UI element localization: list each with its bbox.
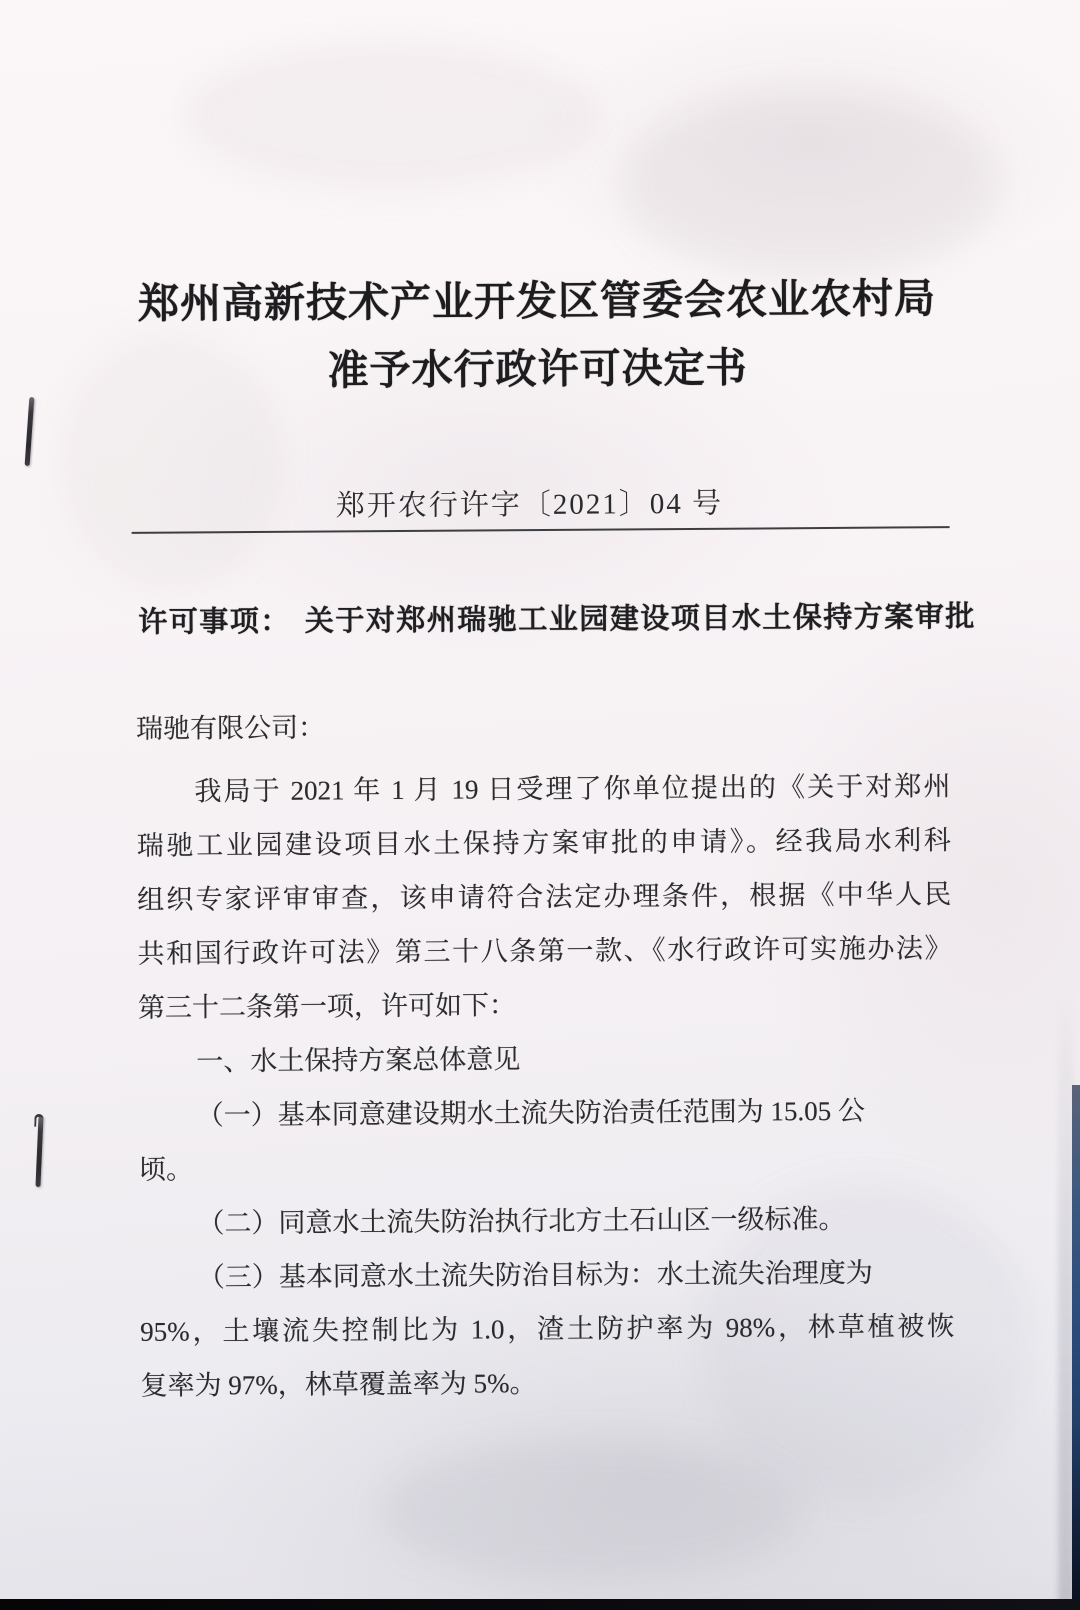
body-line: 复率为 97%，林草覆盖率为 5%。 <box>140 1353 954 1413</box>
document-title-line1: 郑州高新技术产业开发区管委会农业农村局 <box>0 264 1077 331</box>
permit-item-label: 许可事项： <box>138 599 291 641</box>
scanner-edge-band <box>0 1599 1080 1610</box>
body-line: （二）同意水土流失防治执行北方土石山区一级标准。 <box>139 1191 953 1251</box>
body-line: （一）基本同意建设期水土流失防治责任范围为 15.05 公 <box>139 1083 953 1143</box>
scanned-document-photo: 郑州高新技术产业开发区管委会农业农村局 准予水行政许可决定书 郑开农行许字〔20… <box>0 0 1080 1610</box>
body-line: 第三十二条第一项，许可如下： <box>138 975 952 1035</box>
body-line: 瑞驰工业园建设项目水土保持方案审批的申请》。经我局水利科 <box>137 813 951 873</box>
permit-item-line: 许可事项： 关于对郑州瑞驰工业园建设项目水土保持方案审批 <box>138 594 952 641</box>
body-line: 组织专家评审审查，该申请符合法定办理条件，根据《中华人民 <box>137 867 951 927</box>
body-line: 顷。 <box>139 1137 953 1197</box>
binding-edge-strip <box>1072 1085 1080 1601</box>
salutation-line: 瑞驰有限公司： <box>136 696 950 756</box>
body-line: 我局于 2021 年 1 月 19 日受理了你单位提出的《关于对郑州 <box>136 759 950 819</box>
body-line: 共和国行政许可法》第三十八条第一款、《水行政许可实施办法》 <box>137 921 951 981</box>
document-page: 郑州高新技术产业开发区管委会农业农村局 准予水行政许可决定书 郑开农行许字〔20… <box>0 0 1080 1610</box>
document-title-line2: 准予水行政许可决定书 <box>0 332 1078 399</box>
document-number: 郑开农行许字〔2021〕04 号 <box>0 478 1061 526</box>
body-line: 一、水土保持方案总体意见 <box>138 1029 952 1089</box>
document-body: 瑞驰有限公司： 我局于 2021 年 1 月 19 日受理了你单位提出的《关于对… <box>136 696 955 1413</box>
header-separator-rule <box>132 526 950 534</box>
permit-item-text: 关于对郑州瑞驰工业园建设项目水土保持方案审批 <box>305 594 976 640</box>
body-line: （三）基本同意水土流失防治目标为：水土流失治理度为 <box>140 1245 954 1305</box>
body-line: 95%，土壤流失控制比为 1.0，渣土防护率为 98%，林草植被恢 <box>140 1299 954 1359</box>
